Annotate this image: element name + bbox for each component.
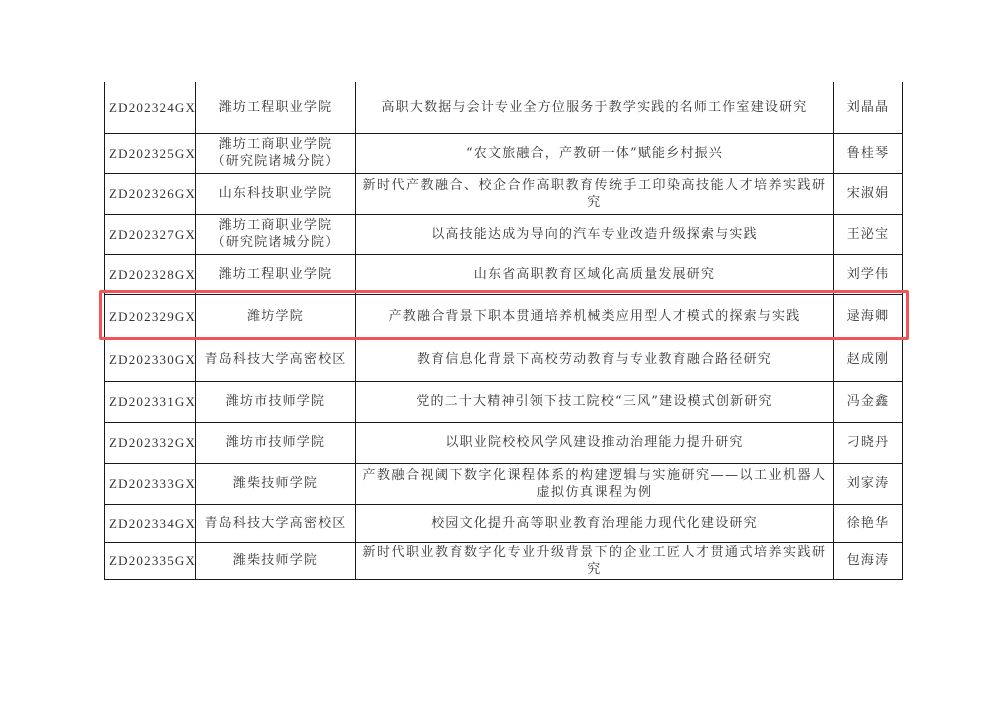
project-title: 新时代职业教育数字化专业升级背景下的企业工匠人才贯通式培养实践研究 xyxy=(356,542,834,579)
project-leader: 刘晶晶 xyxy=(834,82,903,133)
table-row: ZD202328GX 潍坊工程职业学院 山东省高职教育区域化高质量发展研究 刘学… xyxy=(105,254,903,294)
project-leader: 包海涛 xyxy=(834,542,903,579)
table-row: ZD202332GX 潍坊市技师学院 以职业院校校风学风建设推动治理能力提升研究… xyxy=(105,422,903,463)
project-table: ZD202324GX 潍坊工程职业学院 高职大数据与会计专业全方位服务于教学实践… xyxy=(104,82,903,580)
project-unit: 潍坊市技师学院 xyxy=(196,381,356,422)
project-code: ZD202330GX xyxy=(105,338,196,381)
project-unit: 潍坊工商职业学院 （研究院诸城分院） xyxy=(196,214,356,254)
project-code: ZD202333GX xyxy=(105,463,196,504)
project-title: 以高技能达成为导向的汽车专业改造升级探索与实践 xyxy=(356,214,834,254)
project-code: ZD202324GX xyxy=(105,82,196,133)
project-title: 高职大数据与会计专业全方位服务于教学实践的名师工作室建设研究 xyxy=(356,82,834,133)
unit-line-1: 潍坊工商职业学院 xyxy=(200,217,351,234)
project-title: 教育信息化背景下高校劳动教育与专业教育融合路径研究 xyxy=(356,338,834,381)
project-unit: 潍柴技师学院 xyxy=(196,542,356,579)
project-leader: 赵成刚 xyxy=(834,338,903,381)
project-unit: 潍坊工商职业学院 （研究院诸城分院） xyxy=(196,133,356,173)
table-row: ZD202331GX 潍坊市技师学院 党的二十大精神引领下技工院校“三风”建设模… xyxy=(105,381,903,422)
project-title: “农文旅融合，产教研一体”赋能乡村振兴 xyxy=(356,133,834,173)
unit-line-2: （研究院诸城分院） xyxy=(200,153,351,170)
project-leader: 冯金鑫 xyxy=(834,381,903,422)
table-row: ZD202333GX 潍柴技师学院 产教融合视阈下数字化课程体系的构建逻辑与实施… xyxy=(105,463,903,504)
project-code: ZD202332GX xyxy=(105,422,196,463)
unit-line-1: 潍坊工商职业学院 xyxy=(200,136,351,153)
project-leader: 刁晓丹 xyxy=(834,422,903,463)
project-title: 新时代产教融合、校企合作高职教育传统手工印染高技能人才培养实践研究 xyxy=(356,173,834,214)
project-title: 校园文化提升高等职业教育治理能力现代化建设研究 xyxy=(356,504,834,542)
project-title: 产教融合背景下职本贯通培养机械类应用型人才模式的探索与实践 xyxy=(356,294,834,338)
project-title: 产教融合视阈下数字化课程体系的构建逻辑与实施研究——以工业机器人虚拟仿真课程为例 xyxy=(356,463,834,504)
project-leader: 宋淑娟 xyxy=(834,173,903,214)
project-leader: 王泌宝 xyxy=(834,214,903,254)
project-unit: 青岛科技大学高密校区 xyxy=(196,504,356,542)
project-code: ZD202325GX xyxy=(105,133,196,173)
unit-line-2: （研究院诸城分院） xyxy=(200,234,351,251)
table-row: ZD202334GX 青岛科技大学高密校区 校园文化提升高等职业教育治理能力现代… xyxy=(105,504,903,542)
project-unit: 青岛科技大学高密校区 xyxy=(196,338,356,381)
project-unit: 山东科技职业学院 xyxy=(196,173,356,214)
project-code: ZD202326GX xyxy=(105,173,196,214)
project-title: 党的二十大精神引领下技工院校“三风”建设模式创新研究 xyxy=(356,381,834,422)
table-row: ZD202326GX 山东科技职业学院 新时代产教融合、校企合作高职教育传统手工… xyxy=(105,173,903,214)
project-unit: 潍柴技师学院 xyxy=(196,463,356,504)
project-code: ZD202327GX xyxy=(105,214,196,254)
project-leader: 刘家涛 xyxy=(834,463,903,504)
table-row: ZD202324GX 潍坊工程职业学院 高职大数据与会计专业全方位服务于教学实践… xyxy=(105,82,903,133)
project-code: ZD202334GX xyxy=(105,504,196,542)
document-page: ZD202324GX 潍坊工程职业学院 高职大数据与会计专业全方位服务于教学实践… xyxy=(0,0,1008,708)
project-code: ZD202328GX xyxy=(105,254,196,294)
table-row: ZD202330GX 青岛科技大学高密校区 教育信息化背景下高校劳动教育与专业教… xyxy=(105,338,903,381)
project-unit: 潍坊工程职业学院 xyxy=(196,254,356,294)
table-row: ZD202327GX 潍坊工商职业学院 （研究院诸城分院） 以高技能达成为导向的… xyxy=(105,214,903,254)
table-row: ZD202325GX 潍坊工商职业学院 （研究院诸城分院） “农文旅融合，产教研… xyxy=(105,133,903,173)
project-leader: 徐艳华 xyxy=(834,504,903,542)
project-unit: 潍坊市技师学院 xyxy=(196,422,356,463)
project-unit: 潍坊工程职业学院 xyxy=(196,82,356,133)
table-row: ZD202335GX 潍柴技师学院 新时代职业教育数字化专业升级背景下的企业工匠… xyxy=(105,542,903,579)
project-code: ZD202329GX xyxy=(105,294,196,338)
project-title: 山东省高职教育区域化高质量发展研究 xyxy=(356,254,834,294)
project-title: 以职业院校校风学风建设推动治理能力提升研究 xyxy=(356,422,834,463)
project-unit: 潍坊学院 xyxy=(196,294,356,338)
project-leader: 逯海卿 xyxy=(834,294,903,338)
project-leader: 鲁桂琴 xyxy=(834,133,903,173)
project-code: ZD202331GX xyxy=(105,381,196,422)
project-leader: 刘学伟 xyxy=(834,254,903,294)
table-row-highlighted: ZD202329GX 潍坊学院 产教融合背景下职本贯通培养机械类应用型人才模式的… xyxy=(105,294,903,338)
project-code: ZD202335GX xyxy=(105,542,196,579)
